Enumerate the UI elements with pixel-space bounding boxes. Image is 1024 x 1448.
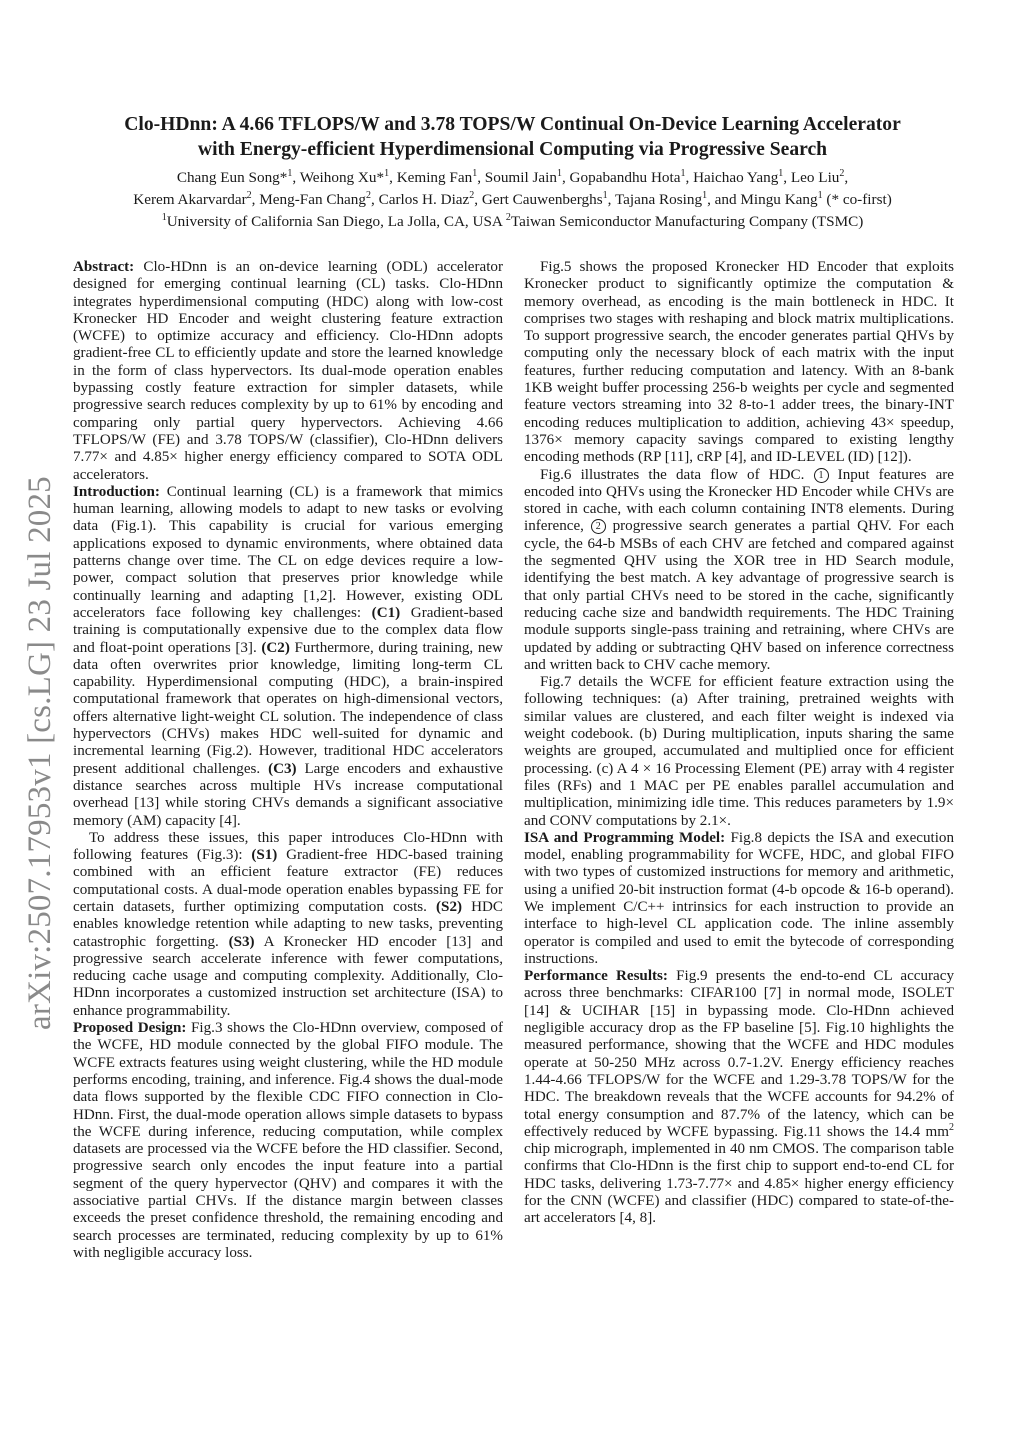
title-line-2: with Energy-efficient Hyperdimensional C…: [198, 139, 827, 160]
circled-number-2-icon: 2: [591, 519, 606, 534]
author-affiliation-marker: 2: [366, 190, 371, 201]
affiliations: 1University of California San Diego, La …: [60, 211, 965, 233]
author-name: Soumil Jain: [485, 169, 557, 186]
author-affiliation-marker: 2: [469, 190, 474, 201]
isa-text: Fig.8 depicts the ISA and execution mode…: [524, 830, 954, 967]
author-affiliation-marker: 1: [287, 168, 292, 179]
dataflow-text: Fig.6 illustrates the data flow of HDC.: [540, 467, 814, 483]
title-line-1: Clo-HDnn: A 4.66 TFLOPS/W and 3.78 TOPS/…: [124, 114, 901, 135]
author-affiliation-marker: 1: [384, 168, 389, 179]
performance-text: Fig.9 presents the end-to-end CL accurac…: [524, 968, 954, 1140]
author-affiliation-marker: 1: [680, 168, 685, 179]
solution-s2-label: (S2): [436, 899, 462, 915]
abstract-paragraph: Abstract: Clo-HDnn is an on-device learn…: [73, 259, 503, 484]
author-affiliation-marker: 1: [778, 168, 783, 179]
author-name: Gopabandhu Hota: [570, 169, 681, 186]
author-name: Leo Liu: [791, 169, 840, 186]
author-name: Kerem Akarvardar: [133, 191, 246, 208]
proposed-design-paragraph: Proposed Design: Fig.3 shows the Clo-HDn…: [73, 1020, 503, 1262]
proposed-design-text: Fig.3 shows the Clo-HDnn overview, compo…: [73, 1020, 503, 1261]
solution-s3-label: (S3): [229, 934, 255, 950]
left-column: Abstract: Clo-HDnn is an on-device learn…: [73, 259, 503, 1262]
challenge-c1-label: (C1): [372, 605, 401, 621]
author-affiliation-marker: 1: [603, 190, 608, 201]
solution-s1-label: (S1): [251, 847, 277, 863]
author-name: Gert Cauwenberghs: [482, 191, 603, 208]
co-first-note: (* co-first): [823, 191, 892, 208]
wcfe-paragraph: Fig.7 details the WCFE for efficient fea…: [524, 674, 954, 830]
performance-paragraph: Performance Results: Fig.9 presents the …: [524, 968, 954, 1227]
author-affiliation-marker: 1: [557, 168, 562, 179]
abstract-heading: Abstract:: [73, 259, 134, 275]
performance-text: chip micrograph, implemented in 40 nm CM…: [524, 1141, 954, 1226]
proposed-design-heading: Proposed Design:: [73, 1020, 186, 1036]
introduction-paragraph: Introduction: Continual learning (CL) is…: [73, 484, 503, 830]
author-name: Meng-Fan Chang: [259, 191, 366, 208]
circled-number-1-icon: 1: [814, 468, 829, 483]
author-name: Tajana Rosing: [615, 191, 702, 208]
features-paragraph: To address these issues, this paper intr…: [73, 830, 503, 1020]
right-column: Fig.5 shows the proposed Kronecker HD En…: [524, 259, 954, 1228]
kronecker-encoder-paragraph: Fig.5 shows the proposed Kronecker HD En…: [524, 259, 954, 467]
author-name: Chang Eun Song*: [177, 169, 288, 186]
dataflow-text: progressive search generates a partial Q…: [524, 518, 954, 672]
paper-title: Clo-HDnn: A 4.66 TFLOPS/W and 3.78 TOPS/…: [60, 112, 965, 162]
performance-heading: Performance Results:: [524, 968, 668, 984]
author-affiliation-marker: 2: [247, 190, 252, 201]
area-unit-superscript: 2: [949, 1122, 954, 1133]
abstract-text: Clo-HDnn is an on-device learning (ODL) …: [73, 259, 503, 483]
affiliation-1: University of California San Diego, La J…: [167, 213, 506, 230]
isa-heading: ISA and Programming Model:: [524, 830, 725, 846]
introduction-text: Furthermore, during training, new data o…: [73, 640, 503, 777]
hdc-dataflow-paragraph: Fig.6 illustrates the data flow of HDC. …: [524, 467, 954, 675]
introduction-text: Continual learning (CL) is a framework t…: [73, 484, 503, 621]
challenge-c3-label: (C3): [268, 761, 297, 777]
author-name: Carlos H. Diaz: [379, 191, 470, 208]
arxiv-identifier-stamp[interactable]: arXiv:2507.17953v1 [cs.LG] 23 Jul 2025: [22, 476, 59, 1030]
author-affiliation-marker: 1: [702, 190, 707, 201]
isa-paragraph: ISA and Programming Model: Fig.8 depicts…: [524, 830, 954, 968]
author-name: Keming Fan: [397, 169, 473, 186]
author-affiliation-marker: 1: [472, 168, 477, 179]
paper-header: Clo-HDnn: A 4.66 TFLOPS/W and 3.78 TOPS/…: [60, 112, 965, 233]
author-name: Haichao Yang: [693, 169, 778, 186]
paper-page: arXiv:2507.17953v1 [cs.LG] 23 Jul 2025 C…: [0, 0, 1024, 1448]
author-name: Weihong Xu*: [300, 169, 384, 186]
introduction-heading: Introduction:: [73, 484, 160, 500]
challenge-c2-label: (C2): [261, 640, 290, 656]
author-affiliation-marker: 2: [839, 168, 844, 179]
author-name: Mingu Kang: [740, 191, 817, 208]
affiliation-2: Taiwan Semiconductor Manufacturing Compa…: [511, 213, 863, 230]
author-list: Chang Eun Song*1, Weihong Xu*1, Keming F…: [60, 167, 965, 211]
